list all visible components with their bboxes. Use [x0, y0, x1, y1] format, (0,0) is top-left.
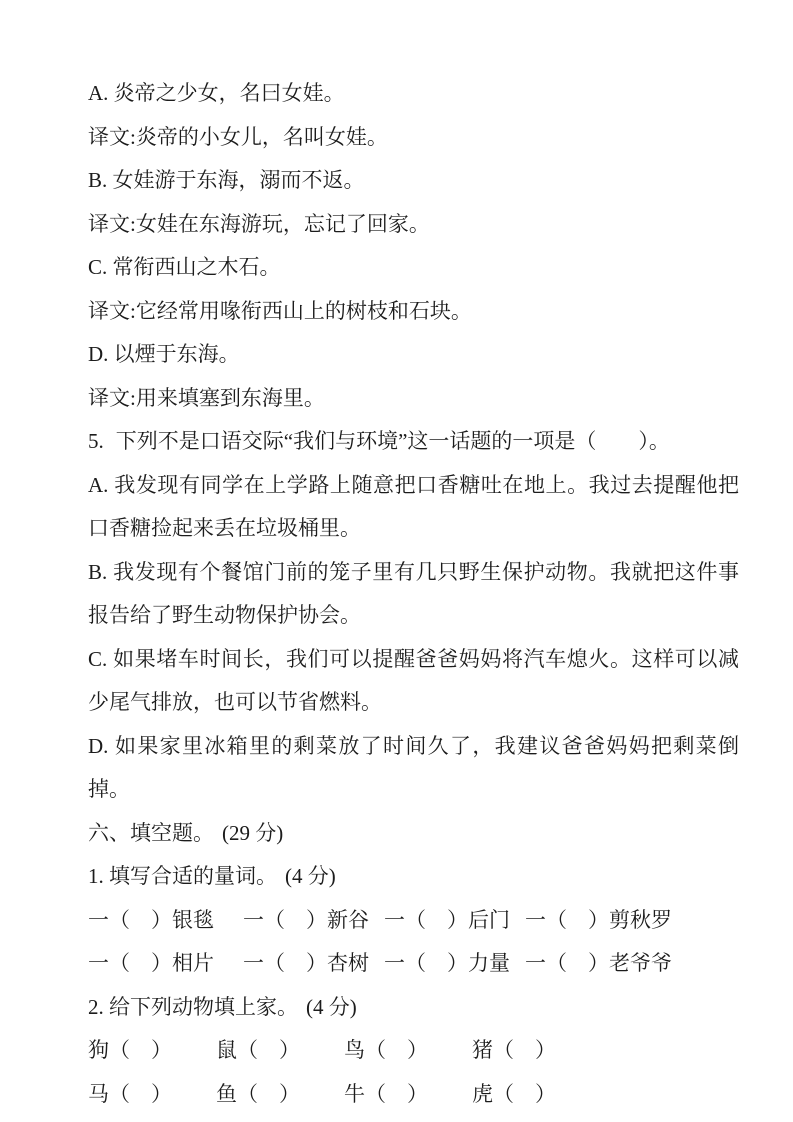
animal-blank: 虎（ ）	[472, 1073, 556, 1117]
animal-blank: 马（ ）	[88, 1073, 172, 1117]
classical-sentence-b: B. 女娃游于东海，溺而不返。	[88, 159, 739, 203]
item-label: A.	[88, 81, 108, 105]
classical-sentence-a: A. 炎帝之少女，名曰女娃。	[88, 72, 739, 116]
subquestion-title: 1. 填写合适的量词。	[88, 864, 277, 888]
animal-blank: 鸟（ ）	[344, 1029, 428, 1073]
animal-blank: 牛（ ）	[344, 1073, 428, 1117]
question-5-stem: 5.下列不是口语交际“我们与环境”这一话题的一项是（ ）。	[88, 420, 739, 464]
section-6-heading: 六、填空题。(29 分)	[88, 812, 739, 856]
quantifier-blank: 一（ ）银毯	[88, 899, 214, 943]
question-text: 下列不是口语交际“我们与环境”这一话题的一项是（ ）。	[116, 429, 670, 453]
option-label: D.	[88, 734, 108, 758]
option-label: A.	[88, 473, 108, 497]
subquestion-score: (4 分)	[285, 864, 336, 888]
animal-blank: 狗（ ）	[88, 1029, 172, 1073]
animal-row-1: 狗（ ） 鼠（ ） 鸟（ ） 猪（ ）	[88, 1029, 739, 1073]
item-label: B.	[88, 168, 107, 192]
classical-translation-a: 译文:炎帝的小女儿，名叫女娃。	[88, 116, 739, 160]
option-text: 如果家里冰箱里的剩菜放了时间久了，我建议爸爸妈妈把剩菜倒掉。	[88, 734, 739, 802]
option-text: 如果堵车时间长，我们可以提醒爸爸妈妈将汽车熄火。这样可以减少尾气排放，也可以节省…	[88, 647, 739, 715]
q1-title: 1. 填写合适的量词。(4 分)	[88, 855, 739, 899]
classical-sentence-d: D. 以煙于东海。	[88, 333, 739, 377]
classical-translation-b: 译文:女娃在东海游玩，忘记了回家。	[88, 203, 739, 247]
translation-text: 用来填塞到东海里。	[136, 386, 325, 410]
q2-title: 2. 给下列动物填上家。(4 分)	[88, 986, 739, 1030]
translation-prefix: 译文:	[88, 299, 136, 323]
translation-text: 女娃在东海游玩，忘记了回家。	[136, 212, 430, 236]
question-5-option-c: C. 如果堵车时间长，我们可以提醒爸爸妈妈将汽车熄火。这样可以减少尾气排放，也可…	[88, 638, 739, 725]
translation-text: 它经常用喙衔西山上的树枝和石块。	[136, 299, 472, 323]
quantifier-blank: 一（ ）力量	[384, 942, 510, 986]
animal-row-2: 马（ ） 鱼（ ） 牛（ ） 虎（ ）	[88, 1073, 739, 1117]
test-paper-page: A. 炎帝之少女，名曰女娃。 译文:炎帝的小女儿，名叫女娃。 B. 女娃游于东海…	[0, 0, 793, 1122]
question-number: 5.	[88, 429, 104, 453]
classical-translation-c: 译文:它经常用喙衔西山上的树枝和石块。	[88, 290, 739, 334]
quantifier-blank: 一（ ）杏树	[243, 942, 369, 986]
translation-prefix: 译文:	[88, 386, 136, 410]
animal-blank: 鼠（ ）	[216, 1029, 300, 1073]
subquestion-score: (4 分)	[306, 995, 357, 1019]
classical-sentence-c: C. 常衔西山之木石。	[88, 246, 739, 290]
question-5-option-b: B. 我发现有个餐馆门前的笼子里有几只野生保护动物。我就把这件事报告给了野生动物…	[88, 551, 739, 638]
item-label: C.	[88, 255, 107, 279]
quantifier-blank: 一（ ）剪秋罗	[525, 899, 672, 943]
section-score: (29 分)	[222, 821, 283, 845]
option-text: 我发现有同学在上学路上随意把口香糖吐在地上。我过去提醒他把口香糖捡起来丢在垃圾桶…	[88, 473, 739, 541]
option-label: C.	[88, 647, 107, 671]
subquestion-title: 2. 给下列动物填上家。	[88, 995, 298, 1019]
question-5-option-d: D. 如果家里冰箱里的剩菜放了时间久了，我建议爸爸妈妈把剩菜倒掉。	[88, 725, 739, 812]
translation-prefix: 译文:	[88, 212, 136, 236]
quantifier-row-2: 一（ ）相片 一（ ）杏树 一（ ）力量 一（ ）老爷爷	[88, 942, 739, 986]
animal-blank: 猪（ ）	[472, 1029, 556, 1073]
question-5-option-a: A. 我发现有同学在上学路上随意把口香糖吐在地上。我过去提醒他把口香糖捡起来丢在…	[88, 464, 739, 551]
quantifier-blank: 一（ ）后门	[384, 899, 510, 943]
translation-text: 炎帝的小女儿，名叫女娃。	[136, 125, 388, 149]
quantifier-row-1: 一（ ）银毯 一（ ）新谷 一（ ）后门 一（ ）剪秋罗	[88, 899, 739, 943]
item-text: 女娃游于东海，溺而不返。	[113, 168, 365, 192]
item-text: 以煙于东海。	[114, 342, 240, 366]
option-label: B.	[88, 560, 107, 584]
animal-blank: 鱼（ ）	[216, 1073, 300, 1117]
quantifier-blank: 一（ ）相片	[88, 942, 214, 986]
quantifier-blank: 一（ ）老爷爷	[525, 942, 672, 986]
translation-prefix: 译文:	[88, 125, 136, 149]
item-text: 炎帝之少女，名曰女娃。	[114, 81, 345, 105]
item-text: 常衔西山之木石。	[113, 255, 281, 279]
item-label: D.	[88, 342, 108, 366]
section-title: 六、填空题。	[88, 821, 214, 845]
option-text: 我发现有个餐馆门前的笼子里有几只野生保护动物。我就把这件事报告给了野生动物保护协…	[88, 560, 739, 628]
quantifier-blank: 一（ ）新谷	[243, 899, 369, 943]
classical-translation-d: 译文:用来填塞到东海里。	[88, 377, 739, 421]
